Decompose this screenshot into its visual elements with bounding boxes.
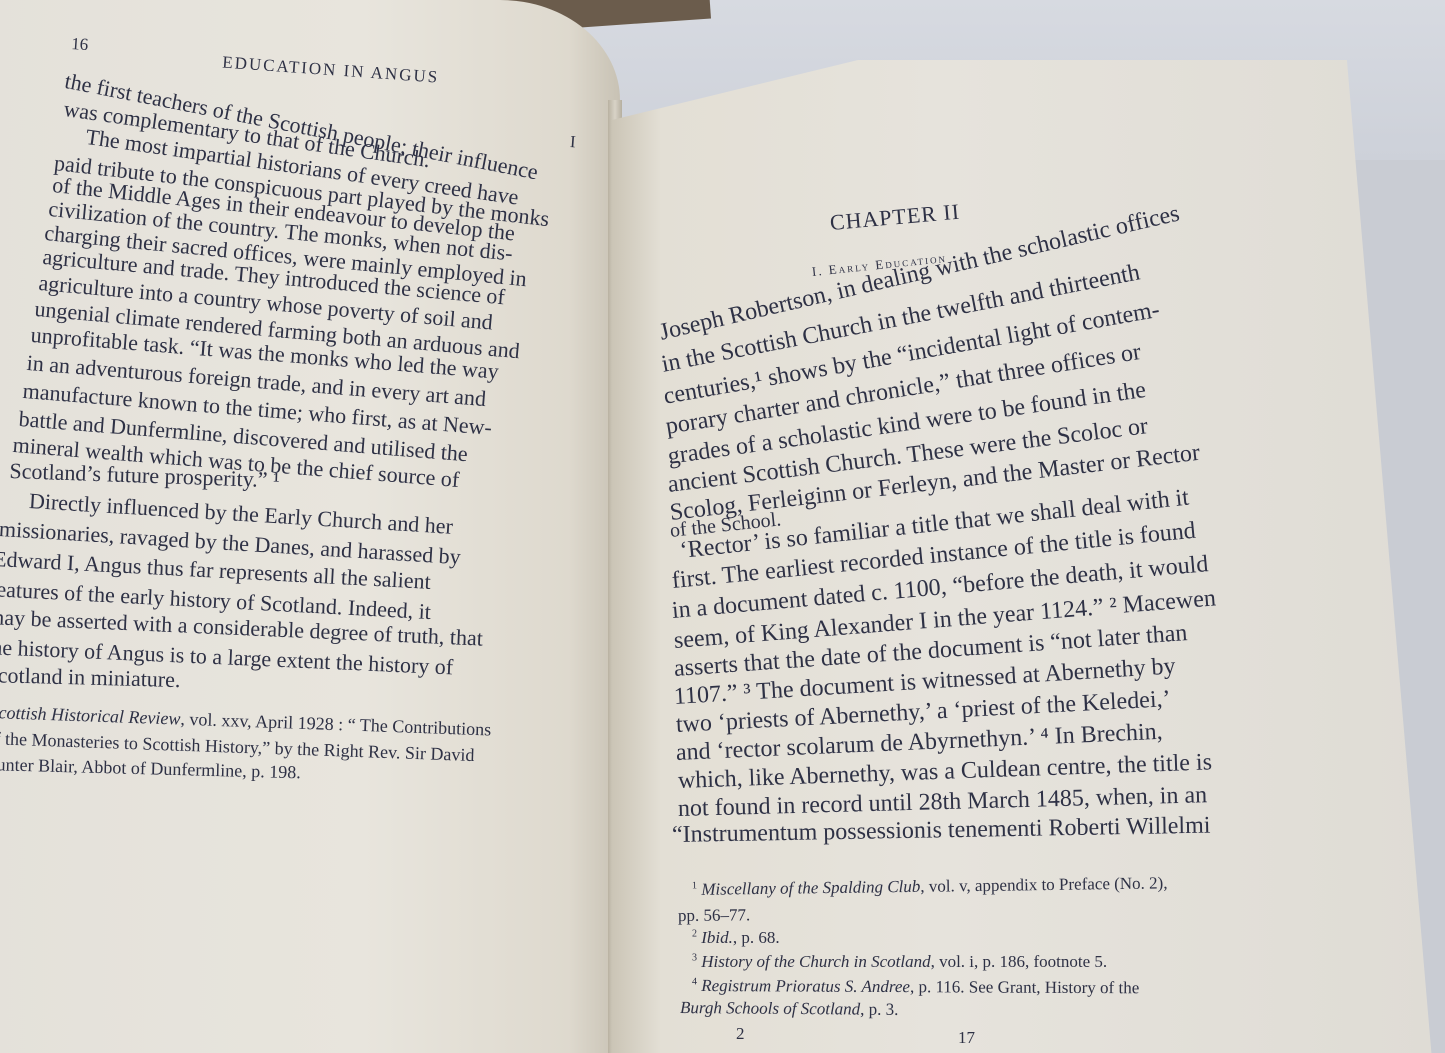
footnote-4: 4 Registrum Prioratus S. Andree, p. 116.… [692,976,1139,998]
left-page: 16 EDUCATION IN ANGUS I the first teache… [0,0,620,1053]
footnote-1-cont: pp. 56–77. [678,905,750,926]
footnote-2: 2 Ibid., p. 68. [692,928,780,948]
footnote-4-cont: Burgh Schools of Scotland, p. 3. [680,998,899,1020]
left-page-number: 16 [71,34,89,55]
right-page-number: 17 [958,1028,975,1048]
margin-mark: I [569,132,576,152]
left-running-head: 16 EDUCATION IN ANGUS [72,34,591,70]
signature-mark: 2 [736,1024,745,1044]
footnote-source-title: Scottish Historical Review [0,702,181,729]
footnote-3: 3 History of the Church in Scotland, vol… [692,952,1107,972]
running-head-title: EDUCATION IN ANGUS [222,53,440,88]
body-line: Scotland in miniature. [0,660,181,695]
